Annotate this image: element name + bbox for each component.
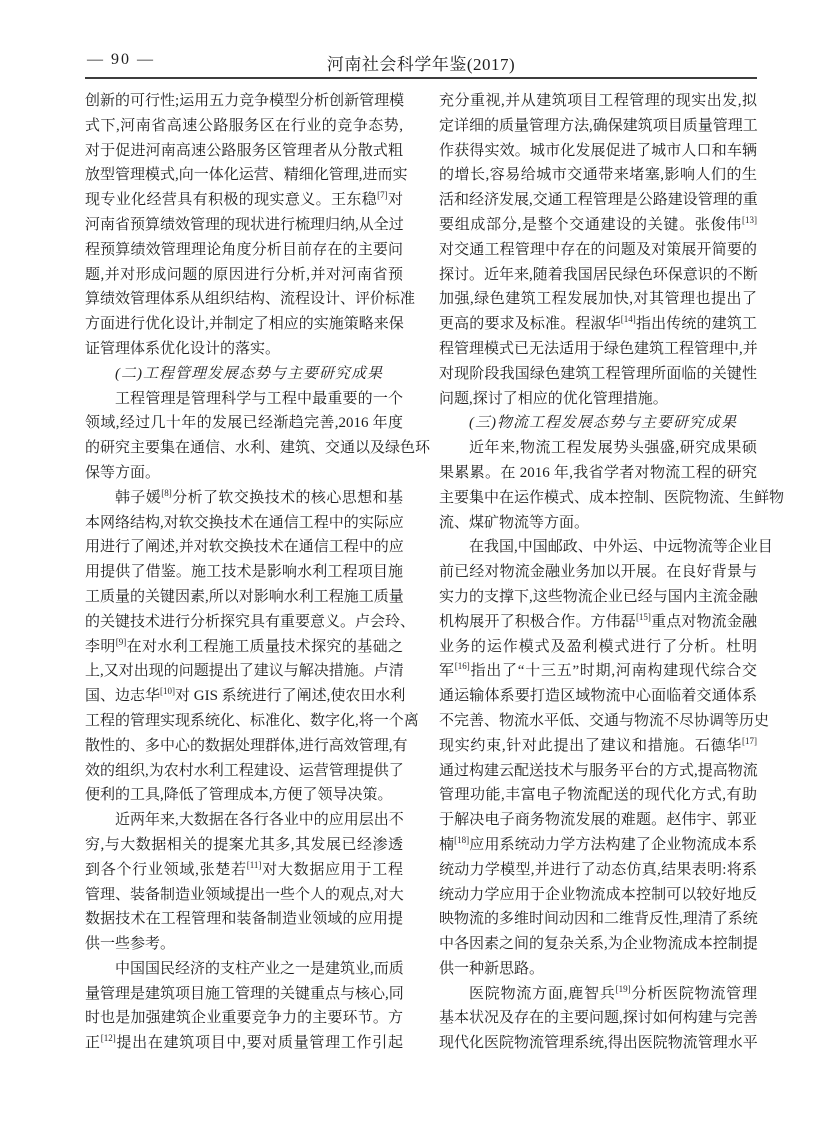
text-line: 加强,绿色建筑工程发展加快,对其管理也提出了	[439, 287, 757, 312]
header-title: 河南社会科学年鉴(2017)	[85, 50, 757, 75]
text-line: 探讨。近年来,随着我国居民绿色环保意识的不断	[439, 263, 757, 288]
text-line: 工质量的关键因素,所以对影响水利工程施工质量	[85, 585, 403, 610]
text-line: 量管理是建筑项目施工管理的关键重点与核心,同	[85, 982, 403, 1007]
text-line: 效的组织,为农村水利工程建设、运营管理提供了	[85, 759, 403, 784]
text-line: 更高的要求及标准。程淑华[14]指出传统的建筑工	[439, 312, 757, 337]
section-heading: (二)工程管理发展态势与主要研究成果	[85, 362, 403, 387]
text-line: 韩子媛[8]分析了软交换技术的核心思想和基	[85, 486, 403, 511]
text-line: 现实约束,针对此提出了建议和措施。石德华[17]	[439, 734, 757, 759]
text-line: 业务的运作模式及盈利模式进行了分析。杜明	[439, 635, 757, 660]
text-line: 到各个行业领域,张楚若[11]对大数据应用于工程	[85, 858, 403, 883]
paragraph: 近两年来,大数据在各行各业中的应用层出不穷,与大数据相关的提案尤其多,其发展已经…	[85, 808, 403, 957]
text-line: 河南省预算绩效管理的现状进行梳理归纳,从全过	[85, 213, 403, 238]
text-line: 近年来,物流工程发展势头强盛,研究成果硕	[439, 436, 757, 461]
text-line: 在我国,中国邮政、中外运、中远物流等企业目	[439, 535, 757, 560]
text-line: 李明[9]在对水利工程施工质量技术探究的基础之	[85, 635, 403, 660]
text-line: 实力的支撑下,这些物流企业已经与国内主流金融	[439, 585, 757, 610]
header-rule	[85, 77, 757, 79]
text-line: 医院物流方面,鹿智兵[19]分析医院物流管理	[439, 982, 757, 1007]
text-line: 供一些参考。	[85, 932, 403, 957]
citation-superscript: [17]	[742, 736, 757, 746]
text-line: 的关键技术进行分析探究具有重要意义。卢会玲、	[85, 610, 403, 635]
text-line: 通过构建云配送技术与服务平台的方式,提高物流	[439, 759, 757, 784]
citation-superscript: [12]	[101, 1033, 116, 1043]
citation-superscript: [9]	[116, 637, 127, 647]
text-line: 散性的、多中心的数据处理群体,进行高效管理,有	[85, 734, 403, 759]
citation-superscript: [13]	[742, 215, 757, 225]
text-line: 不完善、物流水平低、交通与物流不尽协调等历史	[439, 709, 757, 734]
text-line: 流、煤矿物流等方面。	[439, 511, 757, 536]
text-line: 创新的可行性;运用五力竞争模型分析创新管理模	[85, 89, 403, 114]
text-line: 题,并对形成问题的原因进行分析,并对河南省预	[85, 263, 403, 288]
text-line: 程管理模式已无法适用于绿色建筑工程管理中,并	[439, 337, 757, 362]
text-line: 机构展开了积极合作。方伟磊[15]重点对物流金融	[439, 610, 757, 635]
text-line: 对交通工程管理中存在的问题及对策展开简要的	[439, 238, 757, 263]
text-line: 活和经济发展,交通工程管理是公路建设管理的重	[439, 188, 757, 213]
citation-superscript: [7]	[377, 190, 388, 200]
text-line: 的增长,容易给城市交通带来堵塞,影响人们的生	[439, 163, 757, 188]
text-line: 数据技术在工程管理和装备制造业领域的应用提	[85, 907, 403, 932]
text-line: 工程的管理实现系统化、标准化、数字化,将一个离	[85, 709, 403, 734]
text-line: 要组成部分,是整个交通建设的关键。张俊伟[13]	[439, 213, 757, 238]
text-line: 定详细的质量管理方法,确保建筑项目质量管理工	[439, 114, 757, 139]
text-line: 作获得实效。城市化发展促进了城市人口和车辆	[439, 139, 757, 164]
text-line: 工程管理是管理科学与工程中最重要的一个	[85, 387, 403, 412]
citation-superscript: [14]	[621, 314, 636, 324]
text-line: 问题,探讨了相应的优化管理措施。	[439, 387, 757, 412]
text-line: 领域,经过几十年的发展已经渐趋完善,2016 年度	[85, 411, 403, 436]
text-line: 上,又对出现的问题提出了建议与解决措施。卢清	[85, 659, 403, 684]
text-line: 供一种新思路。	[439, 957, 757, 982]
text-line: 管理功能,丰富电子物流配送的现代化方式,有助	[439, 783, 757, 808]
text-line: 方面进行优化设计,并制定了相应的实施策略来保	[85, 312, 403, 337]
text-columns: 创新的可行性;运用五力竞争模型分析创新管理模式下,河南省高速公路服务区在行业的竞…	[85, 89, 757, 1056]
paragraph: 近年来,物流工程发展势头强盛,研究成果硕果累累。在 2016 年,我省学者对物流…	[439, 436, 757, 535]
text-line: 充分重视,并从建筑项目工程管理的现实出发,拟	[439, 89, 757, 114]
text-line: 便利的工具,降低了管理成本,方便了领导决策。	[85, 783, 403, 808]
text-line: 穷,与大数据相关的提案尤其多,其发展已经渗透	[85, 833, 403, 858]
paragraph: 创新的可行性;运用五力竞争模型分析创新管理模式下,河南省高速公路服务区在行业的竞…	[85, 89, 403, 362]
text-line: 管理、装备制造业领域提出一些个人的观点,对大	[85, 883, 403, 908]
citation-superscript: [15]	[636, 612, 651, 622]
text-line: 算绩效管理体系从组织结构、流程设计、评价标准	[85, 287, 403, 312]
text-line: 现代化医院物流管理系统,得出医院物流管理水平	[439, 1031, 757, 1056]
paragraph: 充分重视,并从建筑项目工程管理的现实出发,拟定详细的质量管理方法,确保建筑项目质…	[439, 89, 757, 411]
text-line: 用进行了阐述,并对软交换技术在通信工程中的应	[85, 535, 403, 560]
text-line: 军[16]指出了“十三五”时期,河南构建现代综合交	[439, 659, 757, 684]
citation-superscript: [18]	[454, 835, 469, 845]
text-line: 中国国民经济的支柱产业之一是建筑业,而质	[85, 957, 403, 982]
page-number: — 90 —	[87, 51, 155, 69]
paragraph: 在我国,中国邮政、中外运、中远物流等企业目前已经对物流金融业务加以开展。在良好背…	[439, 535, 757, 981]
citation-superscript: [19]	[616, 984, 631, 994]
text-line: 中各因素之间的复杂关系,为企业物流成本控制提	[439, 932, 757, 957]
text-line: 现专业化经营具有积极的现实意义。王东稳[7]对	[85, 188, 403, 213]
paragraph: 医院物流方面,鹿智兵[19]分析医院物流管理基本状况及存在的主要问题,探讨如何构…	[439, 982, 757, 1056]
section-heading: (三)物流工程发展态势与主要研究成果	[439, 411, 757, 436]
citation-superscript: [11]	[247, 860, 262, 870]
text-line: 正[12]提出在建筑项目中,要对质量管理工作引起	[85, 1031, 403, 1056]
text-line: 基本状况及存在的主要问题,探讨如何构建与完善	[439, 1006, 757, 1031]
page-header: — 90 — 河南社会科学年鉴(2017)	[85, 50, 757, 74]
text-line: 统动力学模型,并进行了动态仿真,结果表明:将系	[439, 858, 757, 883]
paragraph: 中国国民经济的支柱产业之一是建筑业,而质量管理是建筑项目施工管理的关键重点与核心…	[85, 957, 403, 1056]
text-line: 的研究主要集在通信、水利、建筑、交通以及绿色环	[85, 436, 403, 461]
text-line: 前已经对物流金融业务加以开展。在良好背景与	[439, 560, 757, 585]
text-line: 楠[18]应用系统动力学方法构建了企业物流成本系	[439, 833, 757, 858]
right-column: 充分重视,并从建筑项目工程管理的现实出发,拟定详细的质量管理方法,确保建筑项目质…	[439, 89, 757, 1056]
text-line: 映物流的多维时间动因和二维背反性,理清了系统	[439, 907, 757, 932]
text-line: 放型管理模式,向一体化运营、精细化管理,进而实	[85, 163, 403, 188]
text-line: 式下,河南省高速公路服务区在行业的竞争态势,	[85, 114, 403, 139]
left-column: 创新的可行性;运用五力竞争模型分析创新管理模式下,河南省高速公路服务区在行业的竞…	[85, 89, 403, 1056]
text-line: 近两年来,大数据在各行各业中的应用层出不	[85, 808, 403, 833]
text-line: 程预算绩效管理理论角度分析目前存在的主要问	[85, 238, 403, 263]
text-line: 对现阶段我国绿色建筑工程管理所面临的关键性	[439, 362, 757, 387]
citation-superscript: [10]	[160, 686, 175, 696]
section-heading-text: (三)物流工程发展态势与主要研究成果	[439, 411, 757, 436]
text-line: 证管理体系优化设计的落实。	[85, 337, 403, 362]
text-line: 保等方面。	[85, 461, 403, 486]
text-line: 时也是加强建筑企业重要竞争力的主要环节。方	[85, 1006, 403, 1031]
text-line: 本网络结构,对软交换技术在通信工程中的实际应	[85, 511, 403, 536]
section-heading-text: (二)工程管理发展态势与主要研究成果	[85, 362, 403, 387]
text-line: 对于促进河南高速公路服务区管理者从分散式粗	[85, 139, 403, 164]
yearbook-page: — 90 — 河南社会科学年鉴(2017) 创新的可行性;运用五力竞争模型分析创…	[0, 0, 839, 1135]
text-line: 通运输体系要打造区域物流中心面临着交通体系	[439, 684, 757, 709]
text-line: 统动力学应用于企业物流成本控制可以较好地反	[439, 883, 757, 908]
citation-superscript: [16]	[455, 661, 470, 671]
text-line: 果累累。在 2016 年,我省学者对物流工程的研究	[439, 461, 757, 486]
text-line: 主要集中在运作模式、成本控制、医院物流、生鲜物	[439, 486, 757, 511]
text-line: 于解决电子商务物流发展的难题。赵伟宇、郭亚	[439, 808, 757, 833]
text-line: 用提供了借鉴。施工技术是影响水利工程项目施	[85, 560, 403, 585]
paragraph: 韩子媛[8]分析了软交换技术的核心思想和基本网络结构,对软交换技术在通信工程中的…	[85, 486, 403, 808]
paragraph: 工程管理是管理科学与工程中最重要的一个领域,经过几十年的发展已经渐趋完善,201…	[85, 387, 403, 486]
citation-superscript: [8]	[161, 488, 172, 498]
text-line: 国、边志华[10]对 GIS 系统进行了阐述,使农田水利	[85, 684, 403, 709]
